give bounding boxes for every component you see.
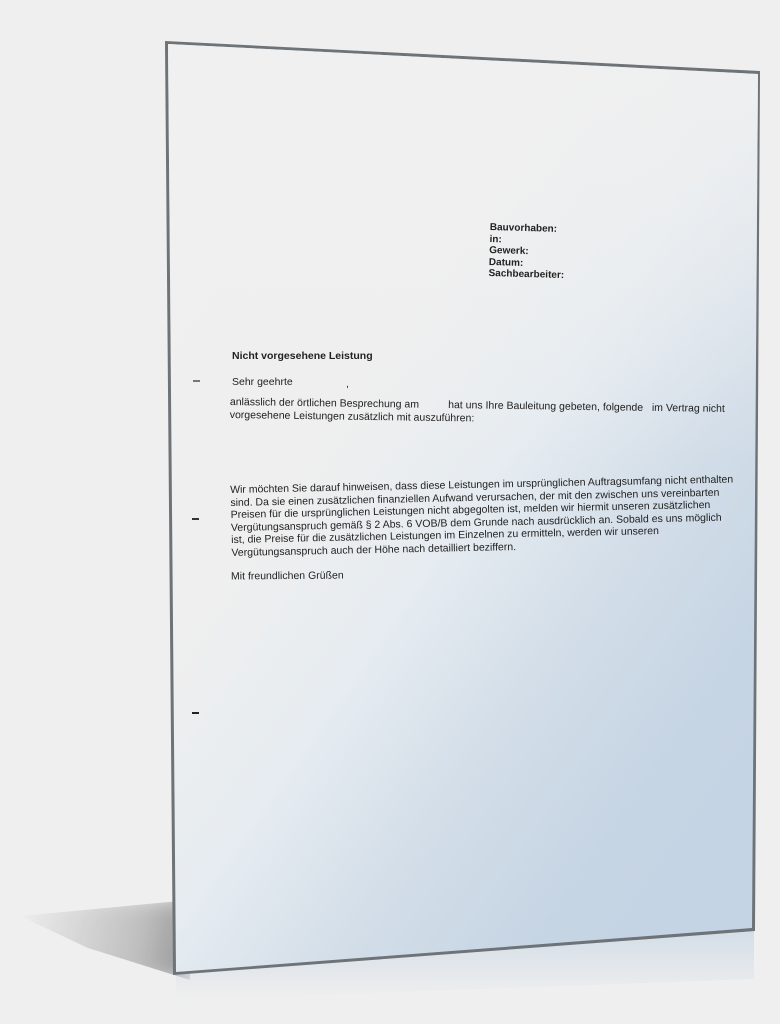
document-content: Bauvorhaben: in: Gewerk: Datum: Sachbear… bbox=[0, 0, 780, 1024]
intro-paragraph: anlässlich der örtlichen Besprechung am … bbox=[230, 396, 725, 428]
closing-phrase: Mit freundlichen Grüßen bbox=[231, 570, 344, 583]
fold-mark bbox=[192, 518, 199, 520]
claim-paragraph: Wir möchten Sie darauf hinweisen, dass d… bbox=[230, 473, 735, 559]
background: Bauvorhaben: in: Gewerk: Datum: Sachbear… bbox=[0, 0, 780, 1024]
punch-mark bbox=[192, 712, 199, 714]
project-meta-block: Bauvorhaben: in: Gewerk: Datum: Sachbear… bbox=[488, 222, 565, 282]
salutation: Sehr geehrte bbox=[232, 376, 293, 388]
fold-mark bbox=[193, 380, 200, 382]
meta-field-sachbearbeiter: Sachbearbeiter: bbox=[488, 268, 564, 282]
salutation-comma: , bbox=[346, 378, 349, 390]
letter-subject: Nicht vorgesehene Leistung bbox=[232, 350, 373, 362]
